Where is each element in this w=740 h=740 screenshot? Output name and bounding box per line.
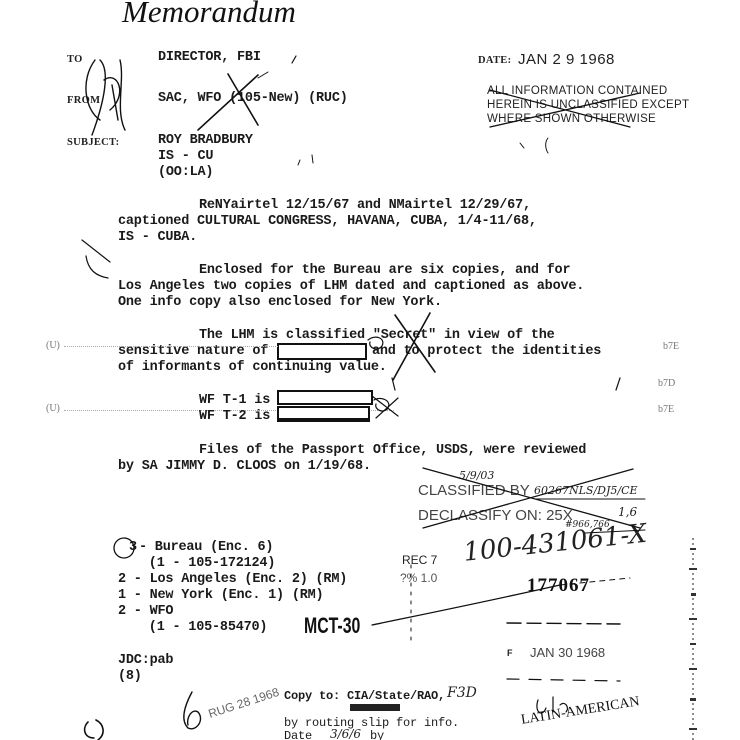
p2-line-1: Enclosed for the Bureau are six copies, … (199, 263, 570, 278)
copy-to-value: CIA/State/RAO, (347, 689, 445, 703)
declassify-on-value: 1,6 (618, 505, 637, 519)
dist-line-2: (1 - 105-172124) (133, 556, 275, 571)
declass-line-2: HEREIN IS UNCLASSIFIED EXCEPT (487, 99, 689, 111)
handwritten-six (184, 692, 201, 729)
dist-line-1: - Bureau (Enc. 6) (139, 540, 273, 555)
subject-line-3: (OO:LA) (158, 165, 213, 180)
faint-stamp-fragment: RUG 28 1968 (207, 685, 281, 721)
redaction-box-t2 (277, 406, 370, 422)
typist-initials: JDC:pab (118, 653, 173, 668)
classified-by-label: CLASSIFIED BY (418, 482, 530, 499)
date-prefix: F (507, 648, 513, 658)
informant-t2: WF T-2 is (199, 409, 270, 424)
declass-line-1: ALL INFORMATION CONTAINED (487, 85, 667, 97)
p2-line-3: One info copy also enclosed for New York… (118, 295, 442, 310)
subject-label: SUBJECT: (67, 137, 119, 148)
side-stamp-vertical-text (678, 520, 692, 730)
date-line-by: by (370, 729, 384, 740)
p1-line-3: IS - CUBA. (118, 230, 197, 245)
classified-by-value: 60267NLS/DJ5/CE (534, 484, 638, 497)
declassify-on-label: DECLASSIFY ON: 25X (418, 507, 573, 524)
copy-to-handwritten: F3D (447, 685, 477, 701)
to-value: DIRECTOR, FBI (158, 50, 261, 65)
copy-to-redaction (350, 704, 400, 711)
serial-number: 177067 (527, 575, 590, 597)
p1-line-1: ReNYairtel 12/15/67 and NMairtel 12/29/6… (199, 198, 531, 213)
file-number: 100-431061-X (462, 519, 648, 568)
classified-date: 5/9/03 (459, 469, 494, 482)
exemption-b7d: b7D (658, 378, 675, 389)
copy-to-label: Copy to: (284, 689, 340, 703)
rec-fragment-2: ?% 1.0 (400, 571, 437, 585)
portion-marking-u-1: (U) (46, 340, 60, 351)
copy-count: (8) (118, 669, 142, 684)
declass-line-3: WHERE SHOWN OTHERWISE (487, 113, 656, 125)
to-label: TO (67, 54, 83, 65)
dotted-leader-1 (64, 346, 278, 347)
date-value: JAN 2 9 1968 (518, 51, 615, 68)
date-line-handwritten: 3/6/6 (330, 727, 361, 740)
p2-line-2: Los Angeles two copies of LHM dated and … (118, 279, 584, 294)
dist-line-5: 2 - WFO (118, 604, 173, 619)
p4-line-2: by SA JIMMY D. CLOOS on 1/19/68. (118, 459, 371, 474)
rec-fragment: REC 7 (402, 553, 437, 567)
dist-line-3: 2 - Los Angeles (Enc. 2) (RM) (118, 572, 347, 587)
latin-american-stamp: LATIN-AMERICAN (520, 694, 641, 729)
portion-marking-u-2: (U) (46, 403, 60, 414)
p3-line-2-post: and to protect the identities (372, 344, 601, 359)
date-line-label: Date (284, 729, 312, 740)
redaction-box (277, 343, 367, 360)
subject-line-1: ROY BRADBURY (158, 133, 253, 148)
p3-line-1: The LHM is classified "Secret" in view o… (199, 328, 555, 343)
p4-line-1: Files of the Passport Office, USDS, were… (199, 443, 586, 458)
exemption-b7e-1: b7E (663, 341, 679, 352)
from-value: SAC, WFO (105-New) (RUC) (158, 91, 348, 106)
subject-line-2: IS - CU (158, 149, 213, 164)
dist-line-6: (1 - 105-85470) (133, 620, 267, 635)
redaction-box-t1 (277, 390, 373, 405)
p3-line-3: of informants of continuing value. (118, 360, 387, 375)
p1-line-2: captioned CULTURAL CONGRESS, HAVANA, CUB… (118, 214, 537, 229)
from-label: FROM (67, 95, 100, 106)
filed-date: JAN 30 1968 (530, 645, 605, 660)
exemption-b7e-2: b7E (658, 404, 674, 415)
dist-circled-count: 3 (129, 540, 137, 555)
routing-slip-line: by routing slip for info. (284, 716, 459, 730)
dist-line-4: 1 - New York (Enc. 1) (RM) (118, 588, 323, 603)
date-label: DATE: (478, 55, 511, 66)
informant-t1: WF T-1 is (199, 393, 270, 408)
mct-30-stamp: MCT-30 (304, 613, 360, 639)
memo-title: Memorandum (122, 0, 296, 30)
